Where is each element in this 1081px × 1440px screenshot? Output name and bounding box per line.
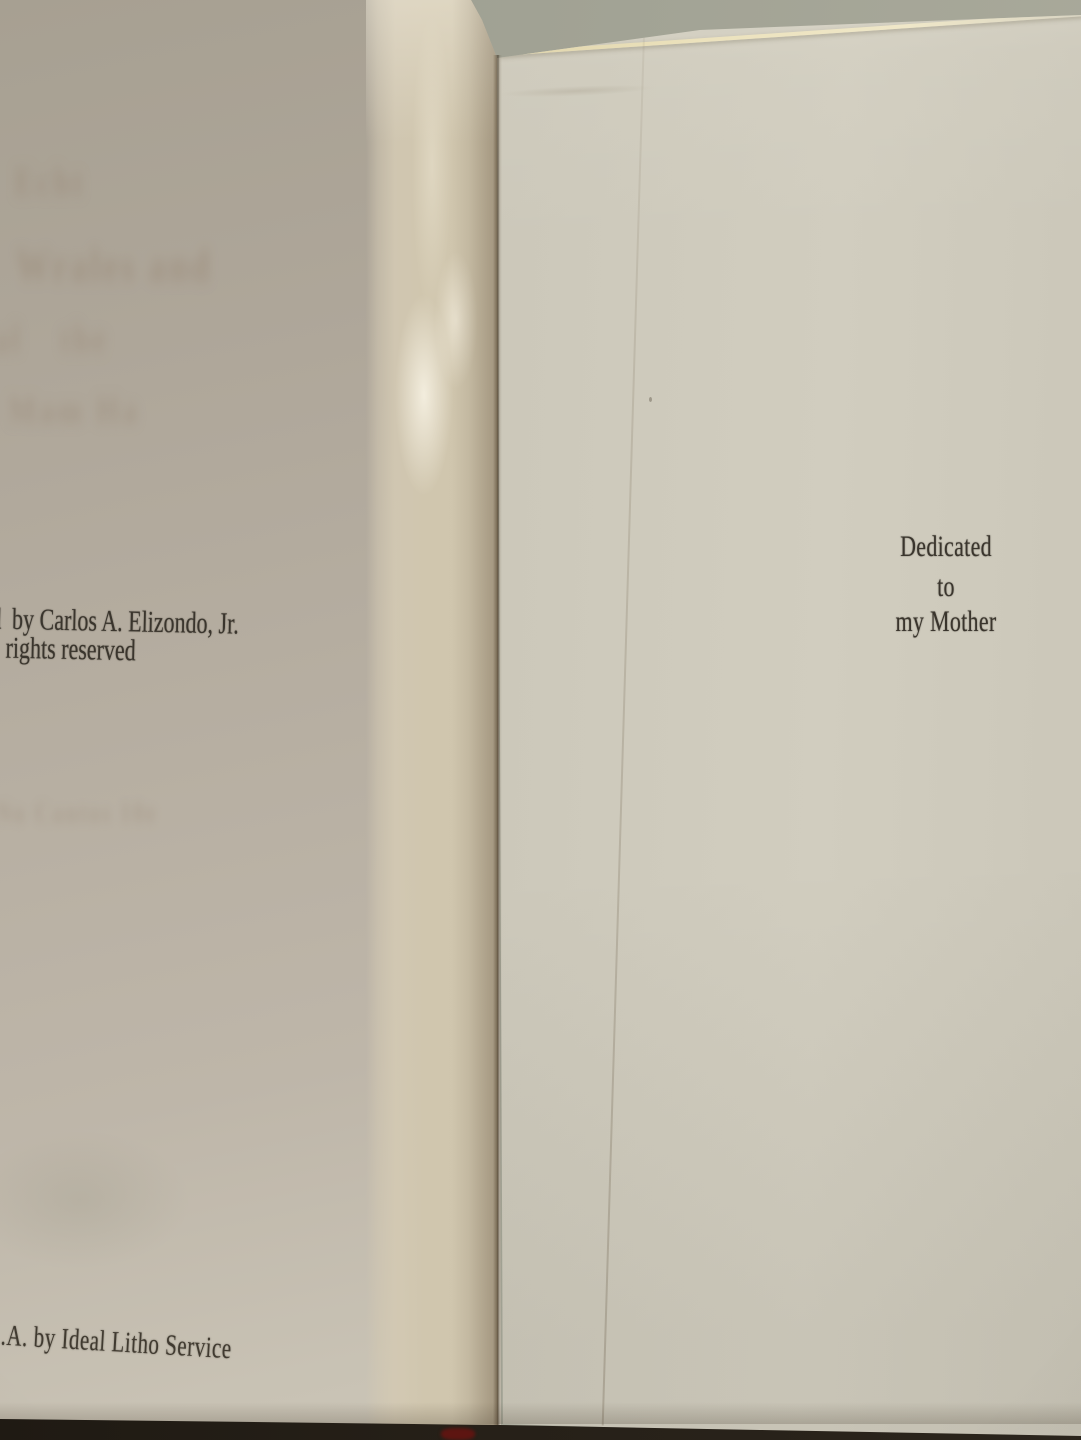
paper-smudge <box>0 1130 190 1270</box>
show-through-title-line-2: Wrales and <box>16 242 213 293</box>
book-cover-red-edge <box>441 1428 475 1440</box>
show-through-text-line-5: No Cantos 10e <box>0 796 158 830</box>
dedication-line-3: my Mother <box>838 604 1054 639</box>
endpaper-top-shadow <box>500 83 655 100</box>
gutter-crease <box>493 55 502 1427</box>
dedication-line-1: Dedicated <box>838 529 1054 564</box>
endpaper-edge-line <box>602 34 645 1425</box>
bottom-edge-soft-shadow <box>0 1402 1081 1424</box>
book-photo: Echt Wrales and al the Mam Ha No Cantos … <box>0 0 1081 1440</box>
rights-reserved-line: rights reserved <box>5 630 136 669</box>
show-through-title-line-1: Echt <box>14 160 86 206</box>
printer-credit-line: .A. by Ideal Litho Service <box>0 1318 233 1367</box>
page-top-edge-highlight <box>499 12 1081 56</box>
gutter-shading-left <box>452 0 498 1430</box>
show-through-title-line-4: Mam Ha <box>8 389 140 433</box>
show-through-title-line-3: al the <box>0 317 109 363</box>
paper-speck <box>649 397 652 402</box>
dedication-line-2: to <box>838 569 1054 604</box>
